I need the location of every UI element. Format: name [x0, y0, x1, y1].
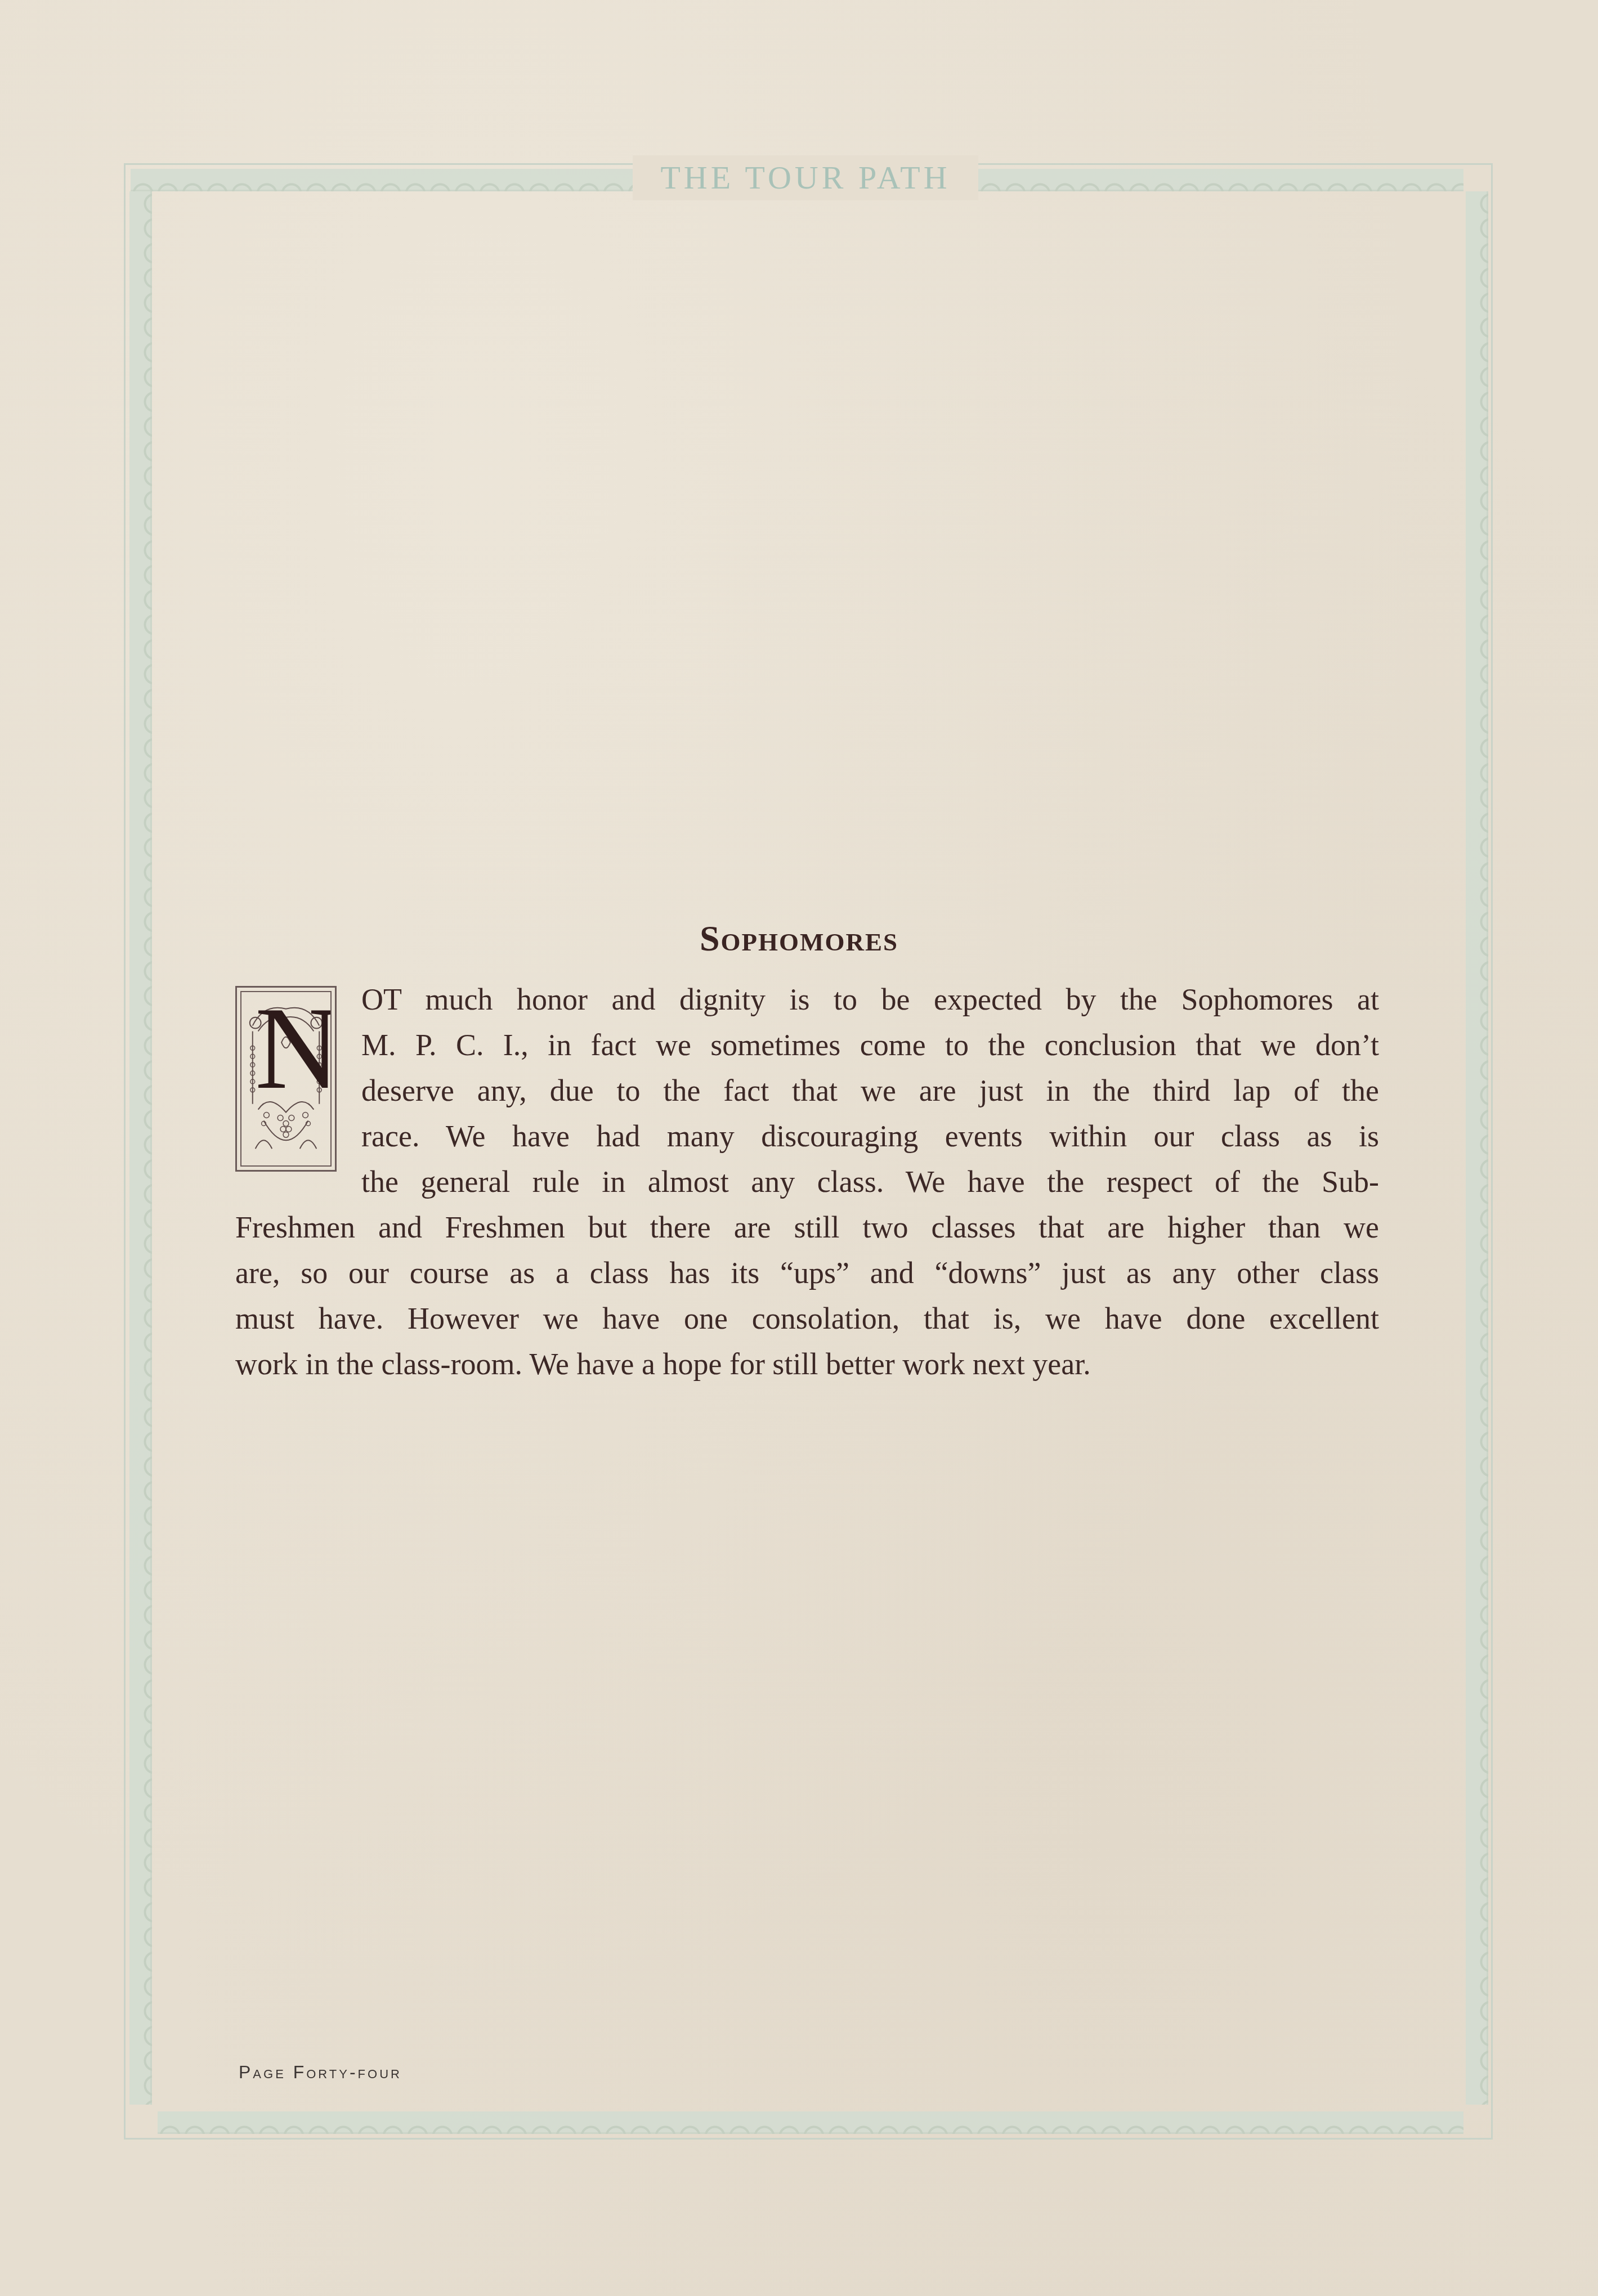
section-title: Sophomores: [0, 918, 1598, 959]
body-paragraph: OT much honor and dignity is to be expec…: [235, 977, 1379, 1387]
paragraph-line: M. P. C. I., in fact we sometimes come t…: [235, 1023, 1379, 1068]
drop-cap-letter: N: [255, 992, 332, 1105]
border-band-bottom: [158, 2111, 1463, 2134]
paragraph-line: race. We have had many discouraging even…: [235, 1114, 1379, 1159]
paragraph-line: the general rule in almost any class. We…: [235, 1159, 1379, 1205]
page-number-folio: Page Forty-four: [239, 2062, 402, 2083]
paragraph-line: deserve any, due to the fact that we are…: [235, 1068, 1379, 1114]
border-band-top-left: [131, 169, 633, 191]
paragraph-line: OT much honor and dignity is to be expec…: [235, 977, 1379, 1023]
paragraph-line: must have. However we have one consolati…: [235, 1296, 1379, 1342]
paragraph-line: are, so our course as a class has its “u…: [235, 1250, 1379, 1296]
border-band-top-right: [978, 169, 1463, 191]
paragraph-line: work in the class-room. We have a hope f…: [235, 1342, 1379, 1387]
border-band-right: [1466, 191, 1488, 2105]
paragraph-line: Freshmen and Freshmen but there are stil…: [235, 1205, 1379, 1250]
border-band-left: [129, 191, 152, 2105]
running-head: THE TOUR PATH: [633, 155, 978, 200]
